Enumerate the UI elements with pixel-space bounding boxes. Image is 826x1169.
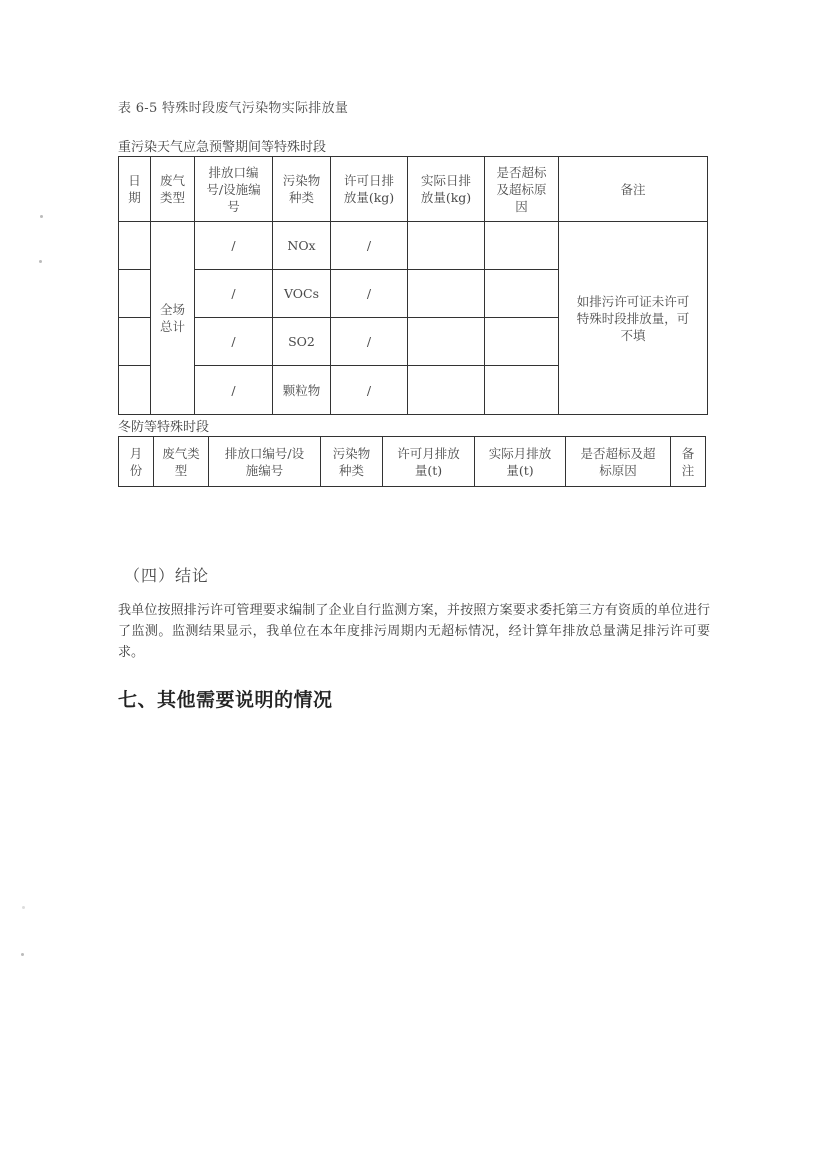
header-exceed: 是否超标及超标原因 [485,157,559,222]
header-permitted-daily: 许可日排放量(kg) [331,157,408,222]
cell-date [119,270,151,318]
table2-subtitle: 冬防等特殊时段 [118,416,209,435]
scan-speck [39,260,42,263]
cell-actual [408,366,485,415]
cell-gas-type: 全场总计 [151,222,195,415]
section-heading: 七、其他需要说明的情况 [118,685,333,712]
cell-actual [408,222,485,270]
scan-speck [22,906,25,909]
cell-outlet: / [195,318,273,366]
cell-date [119,222,151,270]
header-date: 日期 [119,157,151,222]
cell-pollutant: 颗粒物 [273,366,331,415]
table2-header-row: 月份 废气类型 排放口编号/设施编号 污染物种类 许可月排放量(t) 实际月排放… [119,437,706,487]
cell-pollutant: SO2 [273,318,331,366]
header-remark: 备注 [559,157,708,222]
cell-outlet: / [195,270,273,318]
header-gas-type: 废气类型 [154,437,209,487]
cell-actual [408,270,485,318]
cell-exceed [485,270,559,318]
header-pollutant: 污染物种类 [321,437,383,487]
cell-outlet: / [195,366,273,415]
header-permitted-monthly: 许可月排放量(t) [383,437,475,487]
conclusion-title: （四）结论 [124,563,209,586]
conclusion-paragraph: 我单位按照排污许可管理要求编制了企业自行监测方案，并按照方案要求委托第三方有资质… [118,600,710,663]
scan-speck [21,953,24,956]
cell-remark: 如排污许可证未许可特殊时段排放量，可不填 [559,222,708,415]
special-period-daily-table: 日期 废气类型 排放口编号/设施编号 污染物种类 许可日排放量(kg) 实际日排… [118,156,708,415]
header-pollutant: 污染物种类 [273,157,331,222]
winter-period-monthly-table: 月份 废气类型 排放口编号/设施编号 污染物种类 许可月排放量(t) 实际月排放… [118,436,706,487]
cell-date [119,366,151,415]
scan-speck [40,215,43,218]
table1-header-row: 日期 废气类型 排放口编号/设施编号 污染物种类 许可日排放量(kg) 实际日排… [119,157,708,222]
header-outlet: 排放口编号/设施编号 [209,437,321,487]
cell-permitted: / [331,222,408,270]
cell-pollutant: VOCs [273,270,331,318]
header-month: 月份 [119,437,154,487]
header-exceed: 是否超标及超标原因 [566,437,671,487]
header-gas-type: 废气类型 [151,157,195,222]
header-actual-daily: 实际日排放量(kg) [408,157,485,222]
cell-permitted: / [331,318,408,366]
cell-exceed [485,222,559,270]
cell-actual [408,318,485,366]
cell-pollutant: NOx [273,222,331,270]
header-remark: 备注 [671,437,706,487]
table-row: 全场总计 / NOx / 如排污许可证未许可特殊时段排放量，可不填 [119,222,708,270]
cell-outlet: / [195,222,273,270]
table-caption: 表 6-5 特殊时段废气污染物实际排放量 [118,97,348,116]
cell-exceed [485,366,559,415]
cell-permitted: / [331,270,408,318]
header-outlet: 排放口编号/设施编号 [195,157,273,222]
cell-date [119,318,151,366]
header-actual-monthly: 实际月排放量(t) [475,437,566,487]
cell-exceed [485,318,559,366]
cell-permitted: / [331,366,408,415]
table1-subtitle: 重污染天气应急预警期间等特殊时段 [118,136,326,155]
